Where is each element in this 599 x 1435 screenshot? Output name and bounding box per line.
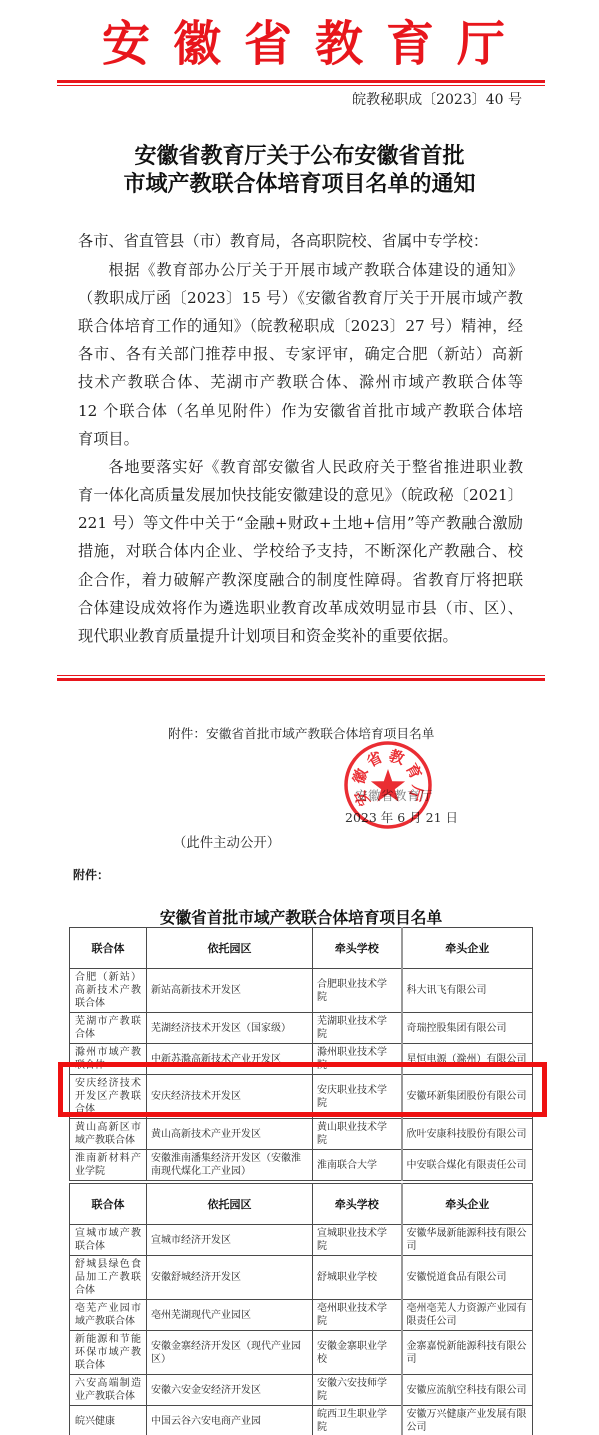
table-row: 宣城市域产教联合体宣城市经济开发区宣城职业技术学院安徽华晟新能源科技有限公司 [70,1225,533,1256]
cell-alliance: 合肥（新站）高新技术产教联合体 [70,969,147,1013]
cell-lead-company: 金寨嘉悦新能源科技有限公司 [402,1331,533,1375]
cell-park: 安徽淮南潘集经济开发区（安徽淮南现代煤化工产业园） [147,1150,313,1181]
table-header-row: 联合体 依托园区 牵头学校 牵头企业 [70,1184,533,1225]
cell-park: 中国云谷六安电商产业园 [147,1406,313,1435]
paragraph-2-line: 育一体化高质量发展加快技能安徽建设的意见》（皖政秘〔2021〕 [78,481,523,509]
cell-alliance: 新能源和节能环保市域产教联合体 [70,1331,147,1375]
paragraph-1-line: 技术产教联合体、芜湖市产教联合体、滁州市域产教联合体等 [78,368,523,396]
column-header-lead-company: 牵头企业 [402,1184,533,1225]
agency-letterhead: 安徽省教育厅 [102,14,528,74]
highlight-box-anqing-row [58,1062,547,1117]
paragraph-2-line: 221 号）等文件中关于“金融+财政+土地+信用”等产教融合激励 [78,509,523,537]
column-header-lead-school: 牵头学校 [313,928,402,969]
paragraph-1-line: 联合体培育工作的通知》（皖教秘职成〔2023〕27 号）精神，经 [78,312,523,340]
cell-alliance: 淮南新材料产业学院 [70,1150,147,1181]
cell-lead-school: 宣城职业技术学院 [313,1225,402,1256]
cell-lead-company: 亳州亳芜人力资源产业园有限责任公司 [402,1300,533,1331]
annex-table-2: 联合体 依托园区 牵头学校 牵头企业 宣城市域产教联合体宣城市经济开发区宣城职业… [69,1183,533,1435]
column-header-park: 依托园区 [147,1184,313,1225]
cell-lead-company: 奇瑞控股集团有限公司 [402,1013,533,1044]
table-row: 新能源和节能环保市域产教联合体安徽金寨经济开发区（现代产业园区）安徽金寨职业学校… [70,1331,533,1375]
cell-lead-company: 安徽华晟新能源科技有限公司 [402,1225,533,1256]
paragraph-2-line: 各地要落实好《教育部安徽省人民政府关于整省推进职业教 [78,453,523,481]
annex-table-1: 联合体 依托园区 牵头学校 牵头企业 合肥（新站）高新技术产教联合体新站高新技术… [69,927,533,1181]
document-number: 皖教秘职成〔2023〕40 号 [352,91,522,109]
paragraph-2-line: 企合作，着力破解产教深度融合的制度性障碍。省教育厅将把联 [78,566,523,594]
annex-table-2-body: 宣城市域产教联合体宣城市经济开发区宣城职业技术学院安徽华晟新能源科技有限公司舒城… [70,1225,533,1435]
table-row: 合肥（新站）高新技术产教联合体新站高新技术开发区合肥职业技术学院科大讯飞有限公司 [70,969,533,1013]
paragraph-1-line: （教职成厅函〔2023〕15 号）《安徽省教育厅关于开展市域产教 [78,284,523,312]
cell-alliance: 六安高端制造业产教联合体 [70,1375,147,1406]
paragraph-1-line: 育项目。 [78,425,523,453]
notice-title: 安徽省教育厅关于公布安徽省首批 市域产教联合体培育项目名单的通知 [0,142,599,198]
cell-lead-company: 安徽应流航空科技有限公司 [402,1375,533,1406]
paragraph-2-line: 措施，对联合体内企业、学校给予支持，不断深化产教融合、校 [78,537,523,565]
cell-lead-school: 舒城职业学校 [313,1256,402,1300]
footer-rule-thick [57,678,545,681]
cell-park: 亳州芜湖现代产业园区 [147,1300,313,1331]
cell-lead-school: 合肥职业技术学院 [313,969,402,1013]
cell-lead-school: 安徽金寨职业学校 [313,1331,402,1375]
cell-lead-school: 皖西卫生职业学院 [313,1406,402,1435]
column-header-alliance: 联合体 [70,928,147,969]
annex-label: 附件： [73,868,109,882]
cell-park: 安徽舒城经济开发区 [147,1256,313,1300]
cell-lead-company: 中安联合煤化有限责任公司 [402,1150,533,1181]
cell-alliance: 芜湖市产教联合体 [70,1013,147,1044]
star-icon [371,769,405,802]
table-row: 皖兴健康中国云谷六安电商产业园皖西卫生职业学院安徽万兴健康产业发展有限公司 [70,1406,533,1435]
cell-park: 新站高新技术开发区 [147,969,313,1013]
cell-park: 宣城市经济开发区 [147,1225,313,1256]
salutation: 各市、省直管县（市）教育局，各高职院校、省属中专学校： [78,227,523,255]
table-row: 亳芜产业园市域产教联合体亳州芜湖现代产业园区亳州职业技术学院亳州亳芜人力资源产业… [70,1300,533,1331]
table-header-row: 联合体 依托园区 牵头学校 牵头企业 [70,928,533,969]
letterhead-rule-thin [57,85,545,86]
cell-lead-school: 芜湖职业技术学院 [313,1013,402,1044]
cell-lead-company: 安徽万兴健康产业发展有限公司 [402,1406,533,1435]
table-row: 六安高端制造业产教联合体安徽六安金安经济开发区安徽六安技师学院安徽应流航空科技有… [70,1375,533,1406]
column-header-alliance: 联合体 [70,1184,147,1225]
paragraph-1-line: 12 个联合体（名单见附件）作为安徽省首批市域产教联合体培 [78,397,523,425]
table-row: 芜湖市产教联合体芜湖经济技术开发区（国家级）芜湖职业技术学院奇瑞控股集团有限公司 [70,1013,533,1044]
cell-park: 黄山高新技术产业开发区 [147,1119,313,1150]
cell-alliance: 宣城市域产教联合体 [70,1225,147,1256]
notice-title-line-1: 安徽省教育厅关于公布安徽省首批 [0,142,599,170]
cell-park: 安徽六安金安经济开发区 [147,1375,313,1406]
notice-body: 各市、省直管县（市）教育局，各高职院校、省属中专学校： 根据《教育部办公厅关于开… [78,227,523,650]
cell-alliance: 皖兴健康 [70,1406,147,1435]
cell-alliance: 亳芜产业园市域产教联合体 [70,1300,147,1331]
table-row: 淮南新材料产业学院安徽淮南潘集经济开发区（安徽淮南现代煤化工产业园）淮南联合大学… [70,1150,533,1181]
cell-lead-company: 安徽悦道食品有限公司 [402,1256,533,1300]
paragraph-2-line: 合体建设成效将作为遴选职业教育改革成效明显市县（市、区）、 [78,594,523,622]
cell-park: 安徽金寨经济开发区（现代产业园区） [147,1331,313,1375]
cell-lead-school: 淮南联合大学 [313,1150,402,1181]
official-seal-icon: 安徽省教育厅 [342,739,434,831]
table-row: 舒城县绿色食品加工产教联合体安徽舒城经济开发区舒城职业学校安徽悦道食品有限公司 [70,1256,533,1300]
annex-title: 安徽省首批市域产教联合体培育项目名单 [0,909,599,927]
cell-lead-school: 黄山职业技术学院 [313,1119,402,1150]
paragraph-2-line: 现代职业教育质量提升计划项目和资金奖补的重要依据。 [78,622,523,650]
cell-lead-school: 安徽六安技师学院 [313,1375,402,1406]
cell-alliance: 舒城县绿色食品加工产教联合体 [70,1256,147,1300]
column-header-lead-company: 牵头企业 [402,928,533,969]
column-header-lead-school: 牵头学校 [313,1184,402,1225]
cell-lead-company: 欣叶安康科技股份有限公司 [402,1119,533,1150]
notice-title-line-2: 市域产教联合体培育项目名单的通知 [0,170,599,198]
cell-park: 芜湖经济技术开发区（国家级） [147,1013,313,1044]
cell-alliance: 黄山高新区市域产教联合体 [70,1119,147,1150]
cell-lead-school: 亳州职业技术学院 [313,1300,402,1331]
table-row: 黄山高新区市域产教联合体黄山高新技术产业开发区黄山职业技术学院欣叶安康科技股份有… [70,1119,533,1150]
paragraph-1-line: 各市、各有关部门推荐申报、专家评审，确定合肥（新站）高新 [78,340,523,368]
disclosure-note: （此件主动公开） [173,836,280,851]
letterhead-rule-thick [57,80,545,83]
paragraph-1-line: 根据《教育部办公厅关于开展市域产教联合体建设的通知》 [78,256,523,284]
cell-lead-company: 科大讯飞有限公司 [402,969,533,1013]
column-header-park: 依托园区 [147,928,313,969]
footer-rule-thin [57,675,545,676]
